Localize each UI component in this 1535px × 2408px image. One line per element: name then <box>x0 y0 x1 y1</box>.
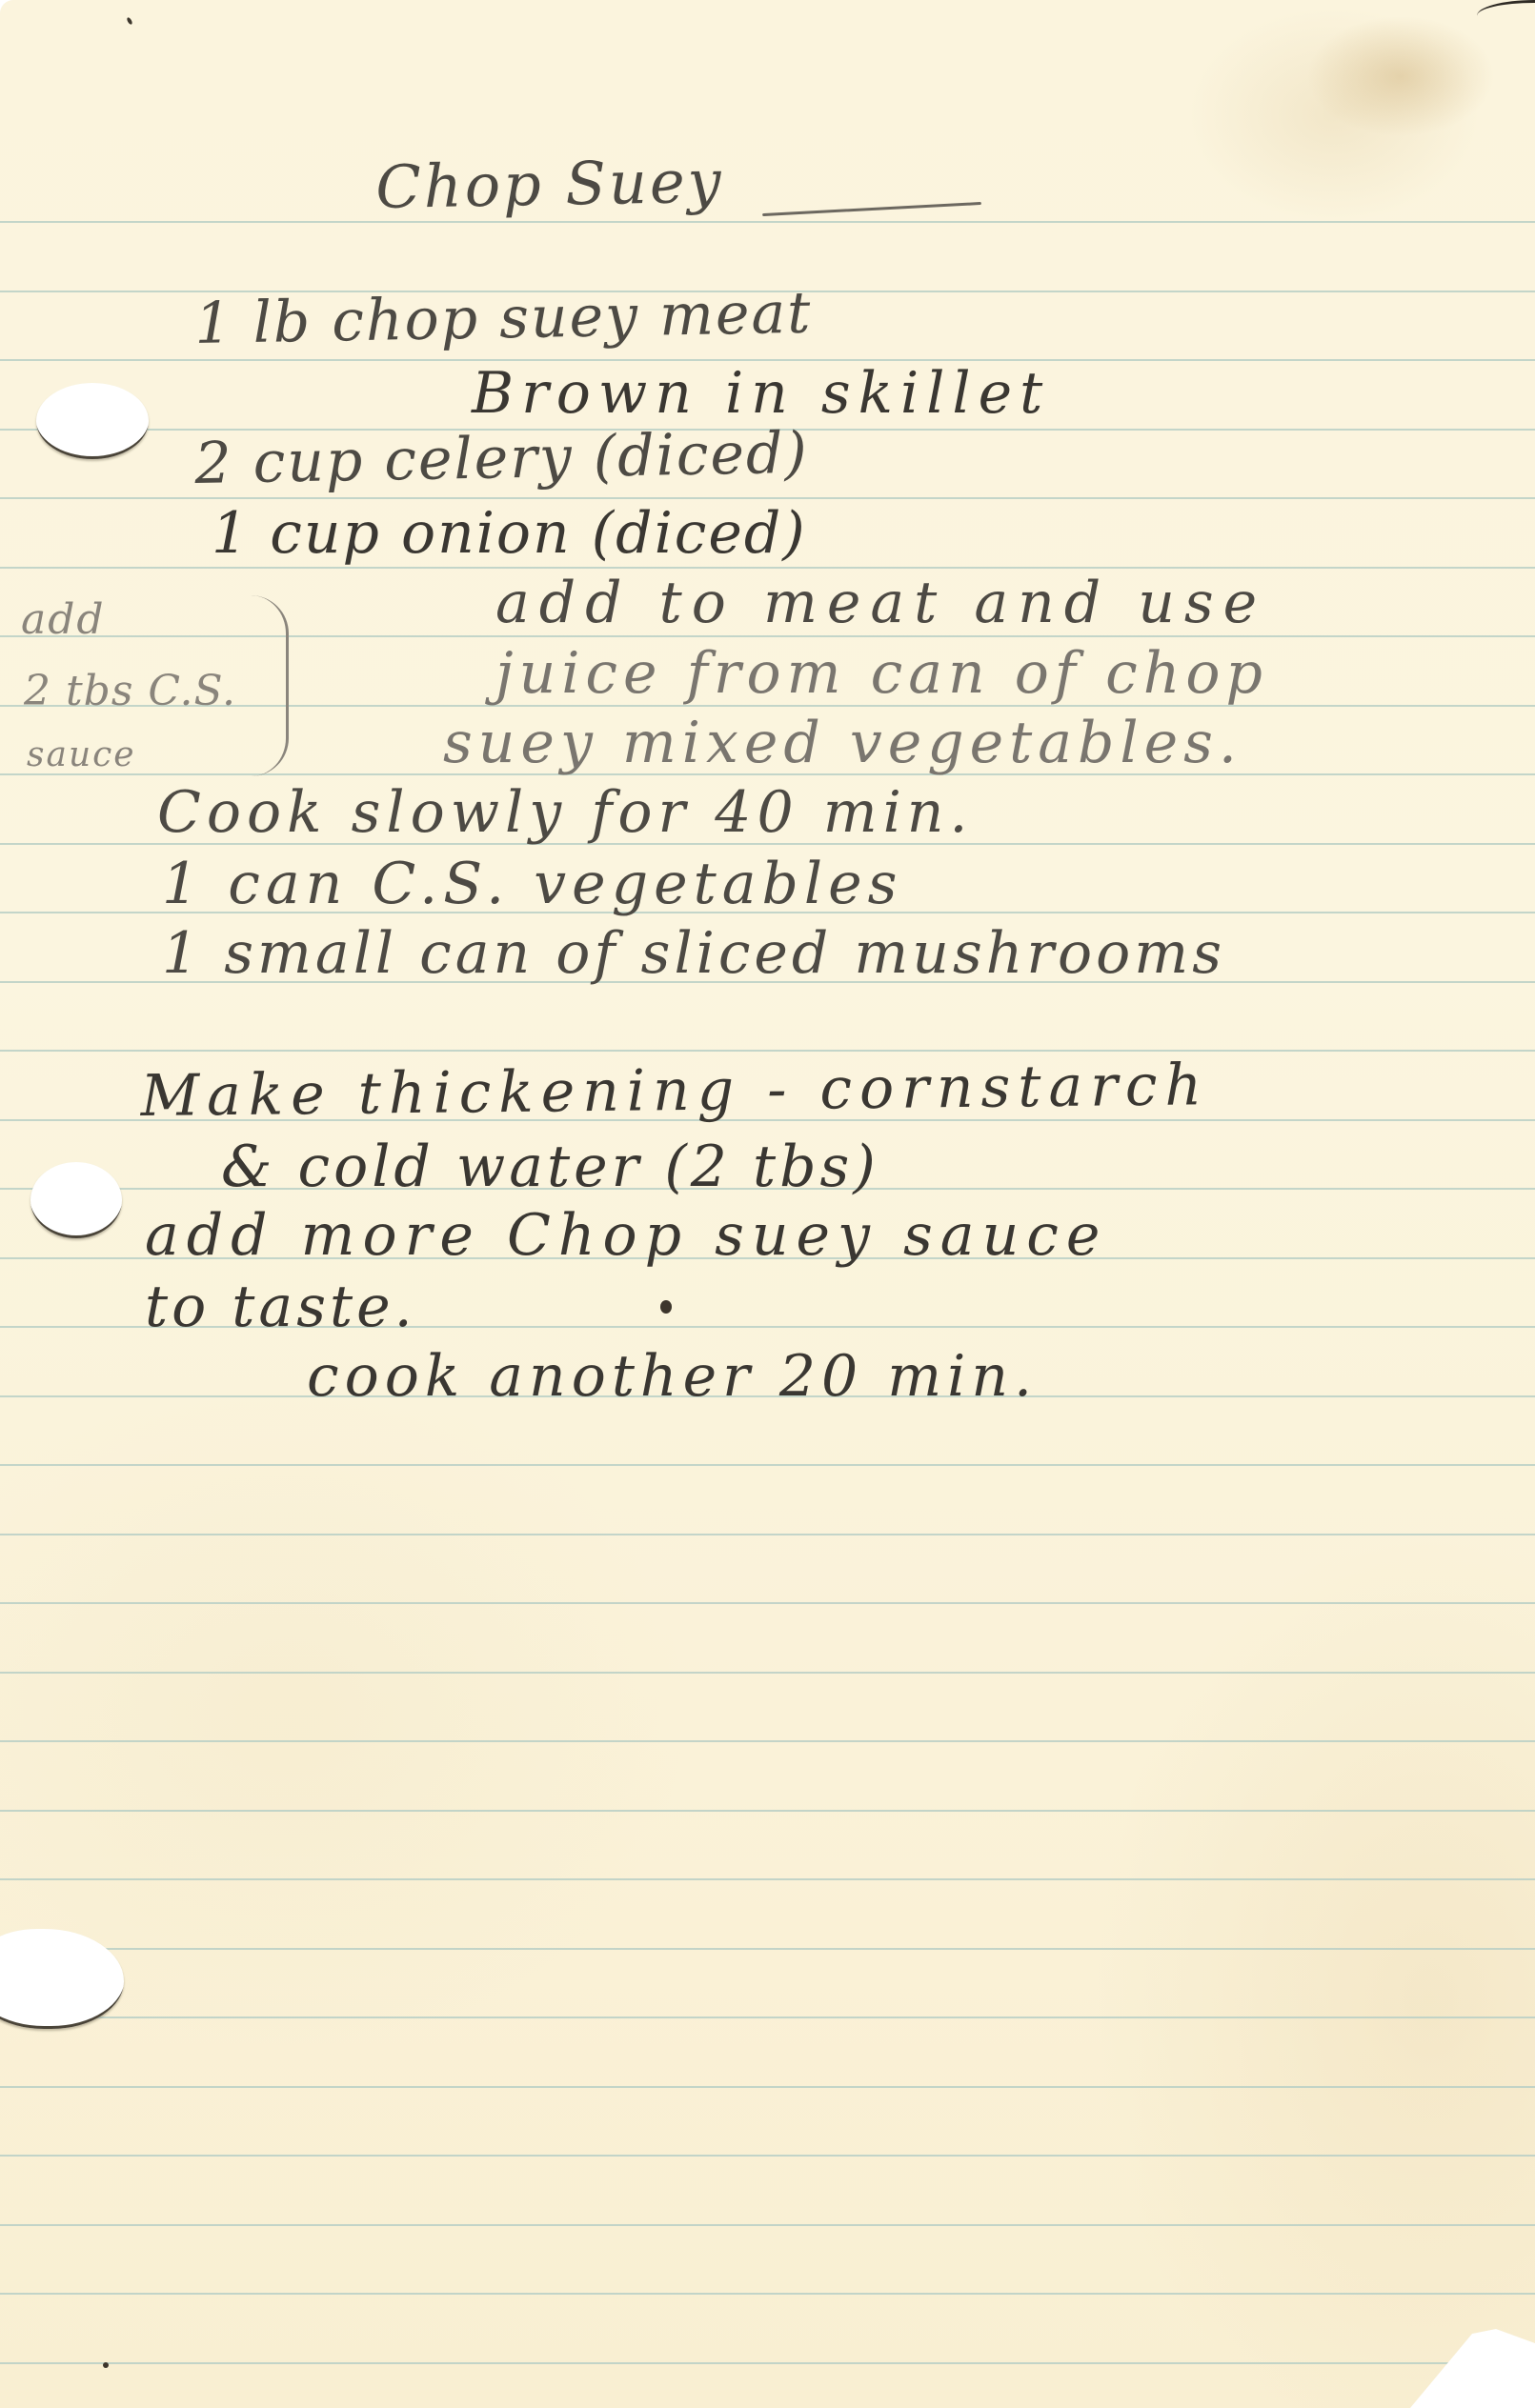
pencil-speck <box>126 17 132 26</box>
ruled-line <box>0 221 1535 223</box>
recipe-line: & cold water (2 tbs) <box>221 1134 879 1200</box>
recipe-line: 2 cup celery (diced) <box>194 420 809 497</box>
punch-hole-bottom <box>0 1929 124 2029</box>
ruled-line <box>0 1672 1535 1674</box>
margin-note-line: add <box>21 595 106 644</box>
punch-hole-middle <box>30 1162 122 1238</box>
punch-hole-top <box>36 383 149 459</box>
ruled-line <box>0 1464 1535 1466</box>
recipe-line: suey mixed vegetables. <box>443 710 1242 776</box>
recipe-line: Brown in skillet <box>472 360 1050 427</box>
margin-note-line: sauce <box>27 735 136 774</box>
paper-edge-curl <box>1477 0 1535 31</box>
ruled-line <box>0 2086 1535 2088</box>
ruled-line <box>0 2293 1535 2295</box>
pencil-speck <box>660 1300 672 1314</box>
ruled-line <box>0 1050 1535 1052</box>
pencil-speck <box>103 2362 109 2368</box>
ruled-line <box>0 1948 1535 1950</box>
ruled-line <box>0 2224 1535 2226</box>
ruled-line <box>0 2017 1535 2018</box>
recipe-line: add more Chop suey sauce <box>145 1202 1107 1269</box>
ruled-line <box>0 2155 1535 2157</box>
recipe-line: Cook slowly for 40 min. <box>157 779 974 846</box>
ruled-line <box>0 1740 1535 1742</box>
recipe-line: cook another 20 min. <box>307 1343 1038 1410</box>
margin-note-brace <box>200 595 289 776</box>
recipe-line: juice from can of chop <box>495 640 1268 707</box>
recipe-line: 1 lb chop suey meat <box>194 280 813 357</box>
ruled-line <box>0 2362 1535 2364</box>
notebook-page: Chop Suey 1 lb chop suey meat Brown in s… <box>0 0 1535 2408</box>
ruled-line <box>0 567 1535 569</box>
title-underline-flourish <box>762 202 981 216</box>
recipe-line: 1 cup onion (diced) <box>212 500 807 567</box>
ruled-line <box>0 1810 1535 1812</box>
recipe-title: Chop Suey <box>375 147 724 222</box>
recipe-line: Make thickening - cornstarch <box>140 1052 1209 1130</box>
recipe-line: 1 can C.S. vegetables <box>162 851 902 917</box>
ruled-line <box>0 1602 1535 1604</box>
recipe-line: 1 small can of sliced mushrooms <box>162 920 1225 987</box>
ruled-line <box>0 497 1535 499</box>
ruled-line <box>0 1534 1535 1535</box>
recipe-line: to taste. <box>145 1274 416 1340</box>
recipe-line: add to meat and use <box>495 570 1266 636</box>
ruled-line <box>0 1878 1535 1880</box>
